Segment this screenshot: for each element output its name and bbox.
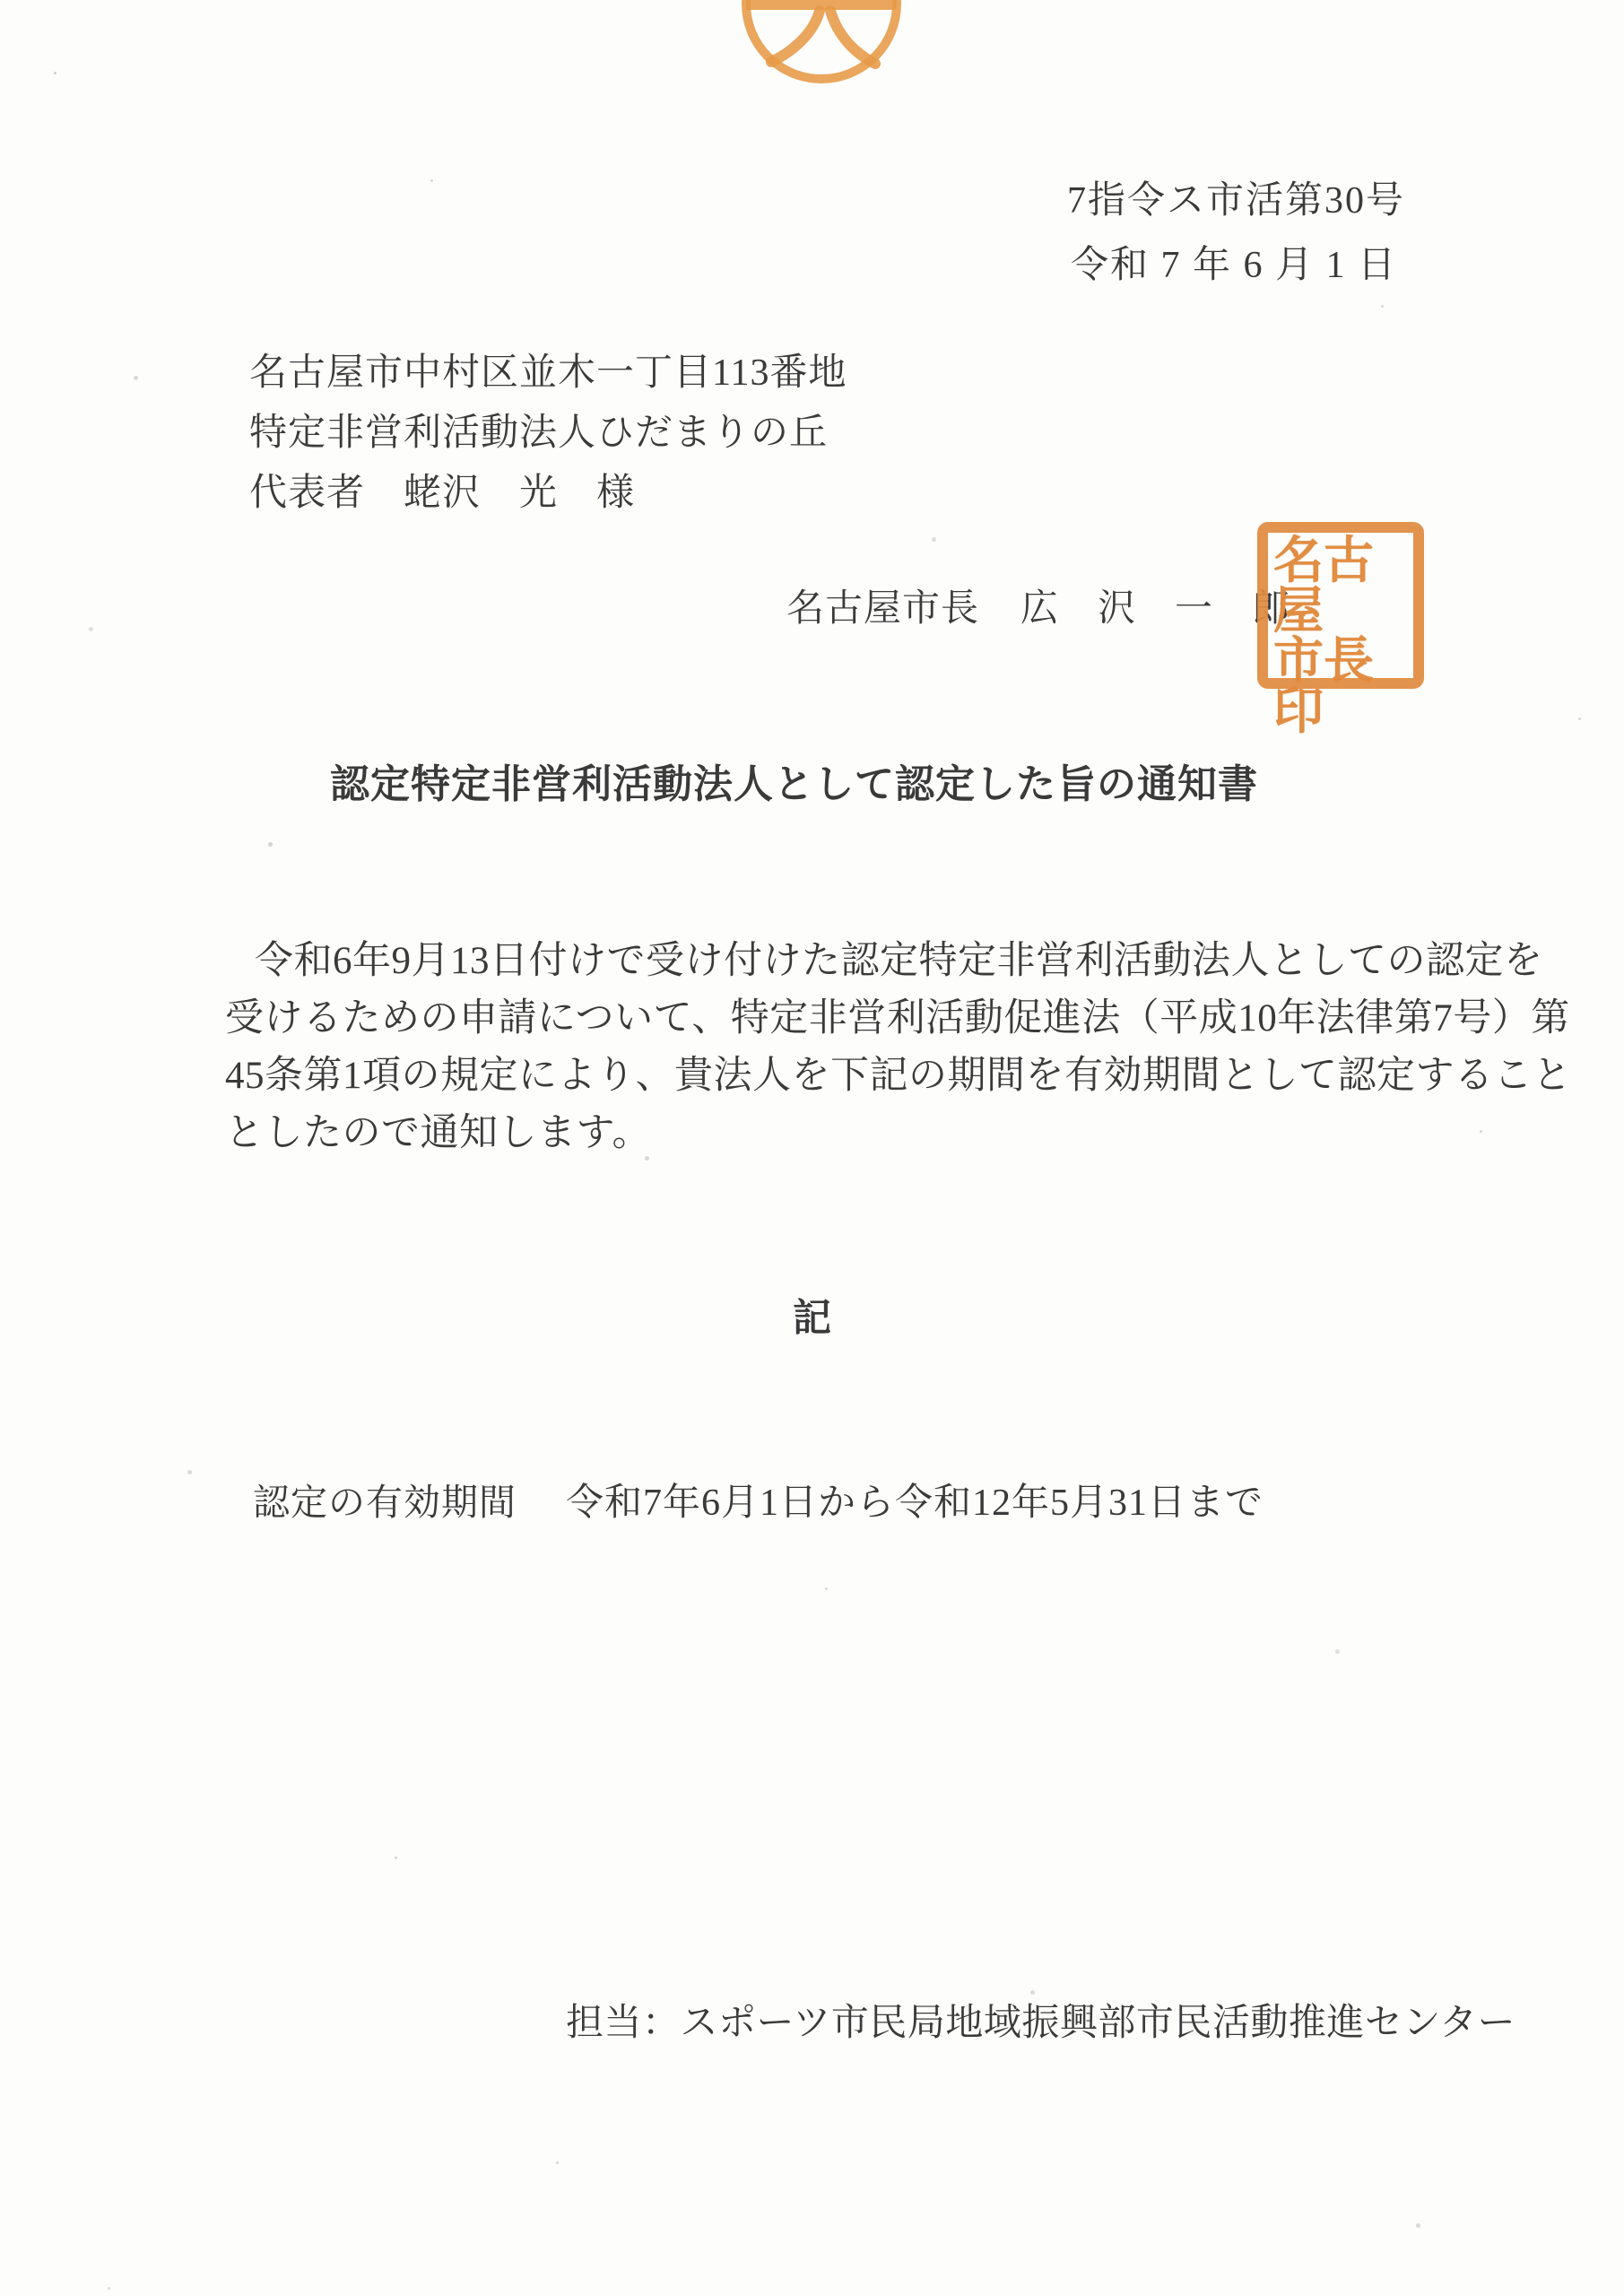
maruhachi-emblem-icon <box>742 0 901 86</box>
record-marker: 記 <box>0 1288 1624 1343</box>
document-title: 認定特定非営利活動法人として認定した旨の通知書 <box>0 752 1588 809</box>
body-line-3: 45条第1項の規定により、貴法人を下記の期間を有効期間として認定すること <box>225 1048 1463 1105</box>
sender-office: 名古屋市長 <box>786 588 979 630</box>
recipient-representative: 代表者 蛯沢 光 様 <box>249 464 847 524</box>
city-emblem-stamp <box>742 0 901 86</box>
validity-period-line: 認定の有効期間令和7年6月1日から令和12年5月31日まで <box>253 1473 1264 1526</box>
recipient-organization: 特定非営利活動法人ひだまりの丘 <box>249 404 847 464</box>
body-line-2: 受けるための申請について、特定非営利活動促進法（平成10年法律第7号）第 <box>225 990 1463 1048</box>
validity-label: 認定の有効期間 <box>253 1482 517 1523</box>
body-paragraph: 令和6年9月13日付けで受け付けた認定特定非営利活動法人としての認定を 受けるた… <box>225 933 1463 1162</box>
body-line-1: 令和6年9月13日付けで受け付けた認定特定非営利活動法人としての認定を <box>225 933 1463 990</box>
sender-name: 広 沢 一 郎 <box>1020 588 1290 630</box>
mayor-seal-text-row1: 名古屋 <box>1273 536 1408 637</box>
body-line-4: としたので通知します。 <box>225 1105 1463 1162</box>
validity-value: 令和7年6月1日から令和12年5月31日まで <box>566 1483 1264 1524</box>
notification-document-page: 7指令ス市活第30号 令和 7 年 6 月 1 日 名古屋市中村区並木一丁目11… <box>0 0 1624 2296</box>
recipient-block: 名古屋市中村区並木一丁目113番地 特定非営利活動法人ひだまりの丘 代表者 蛯沢… <box>249 344 847 524</box>
mayor-seal-text-row2: 市長印 <box>1273 637 1408 737</box>
document-date: 令和 7 年 6 月 1 日 <box>1071 235 1397 289</box>
sender-line: 名古屋市長広 沢 一 郎 <box>786 578 1290 632</box>
mayor-seal-stamp: 名古屋 市長印 <box>1257 522 1424 689</box>
recipient-address: 名古屋市中村区並木一丁目113番地 <box>249 344 847 404</box>
document-number: 7指令ス市活第30号 <box>1067 170 1405 224</box>
contact-footer: 担当：スポーツ市民局地域振興部市民活動推進センター <box>566 1993 1515 2047</box>
scan-noise <box>54 72 56 74</box>
